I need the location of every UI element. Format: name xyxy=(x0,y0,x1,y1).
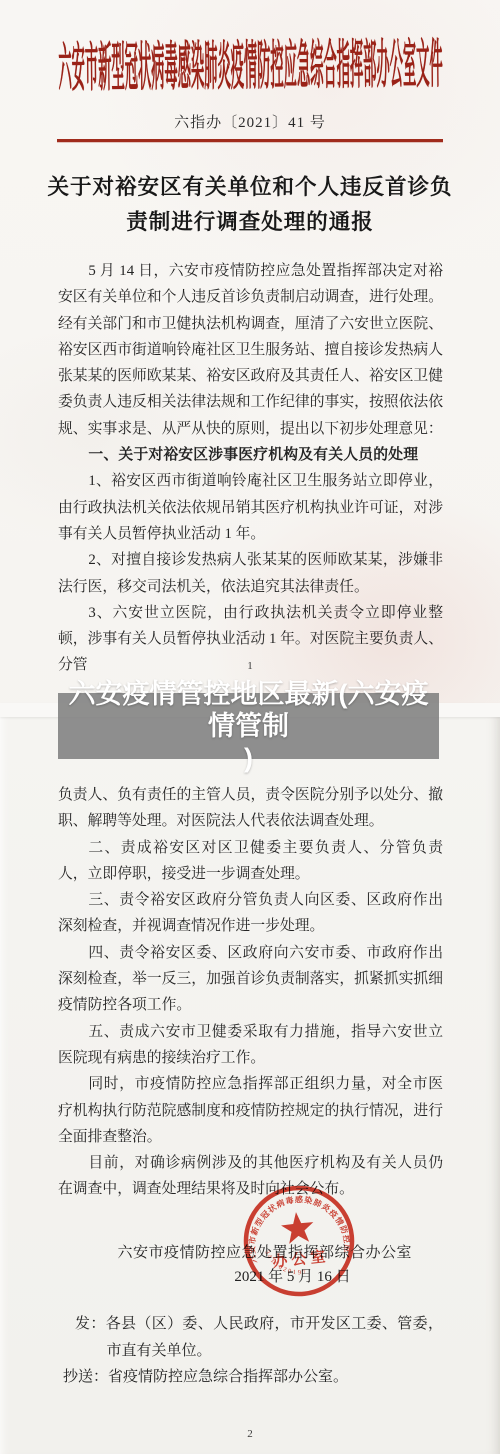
paragraph: 2、对擅自接诊发热病人张某某的医师欧某某，涉嫌非法行医，移交司法机关，依法追究其… xyxy=(58,547,443,600)
paragraph: 5 月 14 日，六安市疫情防控应急处置指挥部决定对裕安区有关单位和个人违反首诊… xyxy=(58,258,443,442)
page-number-1: 1 xyxy=(0,660,500,672)
seal-star-icon xyxy=(280,1210,315,1244)
cc-label: 抄送： xyxy=(63,1369,108,1385)
banner-title: 六安疫情管控地区最新(六安疫情管制 ) xyxy=(58,678,439,774)
body-page2: 负责人、负有责任的主管人员，责令医院分别予以处分、撤职、解聘等处理。对医院法人代… xyxy=(58,782,443,1203)
page-number-2: 2 xyxy=(0,1428,500,1440)
paragraph: 二、责成裕安区对区卫健委主要负责人、分管负责人，立即停职，接受进一步调查处理。 xyxy=(58,835,443,888)
cc-text: 省疫情防控应急综合指挥部办公室。 xyxy=(108,1369,348,1385)
header-org-line: 六安市新型冠状病毒感染肺炎疫情防控应急综合指挥部办公室文件 xyxy=(58,22,443,102)
paragraph: 同时，市疫情防控应急指挥部正组织力量，对全市医疗机构执行防范院感制度和疫情防控规… xyxy=(58,1071,443,1150)
overlay-banner: 六安疫情管控地区最新(六安疫情管制 ) xyxy=(58,693,439,759)
paragraph: 五、责成六安市卫健委采取有力措施，指导六安世立医院现有病患的接续治疗工作。 xyxy=(58,1019,443,1072)
official-seal-icon: 六安市新型冠状病毒感染肺炎疫情防控应急处置指挥部 办公室 3415020197 xyxy=(234,1178,363,1304)
document-page: 六安市新型冠状病毒感染肺炎疫情防控应急综合指挥部办公室文件 六指办〔2021〕4… xyxy=(0,0,500,1454)
red-divider-rule xyxy=(57,139,443,142)
section-heading: 一、关于对裕安区涉事医疗机构及有关人员的处理 xyxy=(58,442,443,468)
distribution-label: 发： xyxy=(75,1316,106,1332)
distribution-text: 各县（区）委、人民政府，市开发区工委、管委，市直有关单位。 xyxy=(106,1316,443,1359)
cc-line: 抄送：省疫情防控应急综合指挥部办公室。 xyxy=(63,1364,443,1391)
distribution-line: 发：各县（区）委、人民政府，市开发区工委、管委，市直有关单位。 xyxy=(75,1311,443,1365)
doc-number: 六指办〔2021〕41 号 xyxy=(0,111,500,132)
body-page1: 5 月 14 日，六安市疫情防控应急处置指挥部决定对裕安区有关单位和个人违反首诊… xyxy=(58,258,443,679)
paragraph: 1、裕安区西市街道响铃庵社区卫生服务站立即停业，由行政执法机关依法依规吊销其医疗… xyxy=(58,468,443,547)
document-title: 关于对裕安区有关单位和个人违反首诊负责制进行调查处理的通报 xyxy=(46,170,454,240)
paragraph: 三、责令裕安区政府分管负责人向区委、区政府作出深刻检查，并视调查情况作进一步处理… xyxy=(58,887,443,940)
paragraph: 四、责令裕安区委、区政府向六安市委、市政府作出深刻检查，举一反三，加强首诊负责制… xyxy=(58,940,443,1019)
paragraph: 负责人、负有责任的主管人员，责令医院分别予以处分、撤职、解聘等处理。对医院法人代… xyxy=(58,782,443,835)
